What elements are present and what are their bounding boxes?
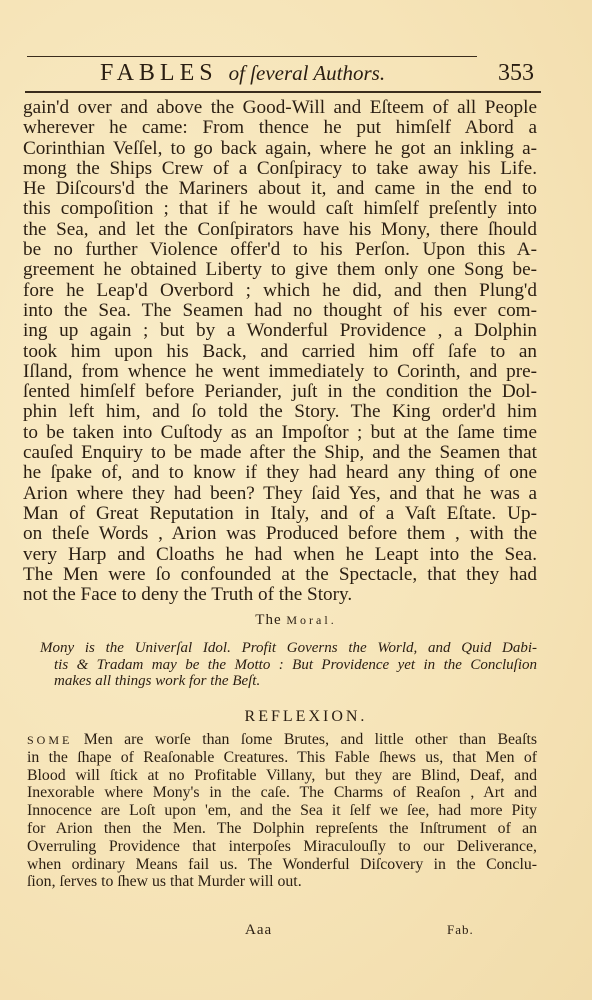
- running-title: FABLES of ſeveral Authors.: [100, 60, 385, 87]
- text-line: SOME Men are worſe than ſome Brutes, and…: [27, 731, 537, 749]
- text-line: Mony is the Univerſal Idol. Profit Gover…: [40, 640, 537, 657]
- text-line: very Harp and Cloaths he had when he Lea…: [23, 545, 537, 565]
- text-line: The Men were ſo confounded at the Specta…: [23, 565, 537, 585]
- text-line: Man of Great Reputation in Italy, and of…: [23, 504, 537, 524]
- small-caps-opening: SOME: [27, 733, 72, 747]
- text-line: Iſland, from whence he went immediately …: [23, 362, 537, 382]
- text-line: for Arion then the Men. The Dolphin repr…: [27, 820, 537, 838]
- text-line: tis & Tradam may be the Motto : But Prov…: [40, 657, 537, 674]
- running-head: FABLES of ſeveral Authors. 353: [100, 60, 542, 90]
- text-line: he ſpake of, and to know if they had hea…: [23, 463, 537, 483]
- fable-body: gain'd over and above the Good-Will and …: [23, 98, 537, 605]
- text-line: when ordinary Means fail us. The Wonderf…: [27, 856, 537, 874]
- text-line: Overruling Providence that interpoſes Mi…: [27, 838, 537, 856]
- text-line: Corinthian Veſſel, to go back again, whe…: [23, 139, 537, 159]
- text-line: into the Sea. The Seamen had no thought …: [23, 301, 537, 321]
- text-line: ing up again ; but by a Wonderful Provid…: [23, 321, 537, 341]
- reflexion-text: SOME Men are worſe than ſome Brutes, and…: [27, 731, 537, 891]
- moral-text: Mony is the Univerſal Idol. Profit Gover…: [40, 640, 537, 690]
- text-line: makes all things work for the Beſt.: [40, 673, 537, 690]
- text-line: Blood will ſtick at no Profitable Villan…: [27, 767, 537, 785]
- text-line: in the ſhape of Reaſonable Creatures. Th…: [27, 749, 537, 767]
- text-line: Inexorable where Mony's in the caſe. The…: [27, 784, 537, 802]
- text-line: fore he Leap'd Overbord ; which he did, …: [23, 281, 537, 301]
- signature-mark: Aaa: [245, 922, 272, 939]
- catchword: Fab.: [447, 922, 474, 938]
- top-rule: [27, 56, 477, 57]
- text-line: Arion where they had been? They ſaid Yes…: [23, 484, 537, 504]
- text-line: cauſed Enquiry to be made after the Ship…: [23, 443, 537, 463]
- text-line: Innocence are Loſt upon 'em, and the Sea…: [27, 802, 537, 820]
- book-page: FABLES of ſeveral Authors. 353 gain'd ov…: [0, 0, 592, 1000]
- text-line: the Sea, and let the Conſpirators have h…: [23, 220, 537, 240]
- text-line: wherever he came: From thence he put him…: [23, 118, 537, 138]
- reflexion-heading: REFLEXION.: [0, 708, 592, 726]
- text-line: mong the Ships Crew of a Conſpiracy to t…: [23, 159, 537, 179]
- page-number: 353: [498, 60, 534, 87]
- moral-heading: The Moral.: [0, 612, 592, 629]
- text-line: phin left him, and ſo told the Story. Th…: [23, 402, 537, 422]
- text-line: be no further Violence offer'd to his Pe…: [23, 240, 537, 260]
- text-line: not the Face to deny the Truth of the St…: [23, 585, 537, 605]
- text-line: on theſe Words , Arion was Produced befo…: [23, 524, 537, 544]
- text-line: ſented himſelf before Periander, juſt in…: [23, 382, 537, 402]
- header-rule: [25, 91, 541, 93]
- moral-heading-the: The: [255, 612, 281, 628]
- running-title-italic: of ſeveral Authors.: [229, 61, 386, 85]
- text-line: gain'd over and above the Good-Will and …: [23, 98, 537, 118]
- text-line: to be taken into Cuſtody as an Impoſtor …: [23, 423, 537, 443]
- text-line: He Diſcours'd the Mariners about it, and…: [23, 179, 537, 199]
- text-line: greement he obtained Liberty to give the…: [23, 260, 537, 280]
- text-line: ſion, ſerves to ſhew us that Murder will…: [27, 873, 537, 891]
- text-line: this compoſition ; that if he would caſt…: [23, 199, 537, 219]
- running-title-caps: FABLES: [100, 60, 218, 86]
- moral-heading-word: Moral.: [286, 613, 336, 627]
- text-line: took him upon his Back, and carried him …: [23, 342, 537, 362]
